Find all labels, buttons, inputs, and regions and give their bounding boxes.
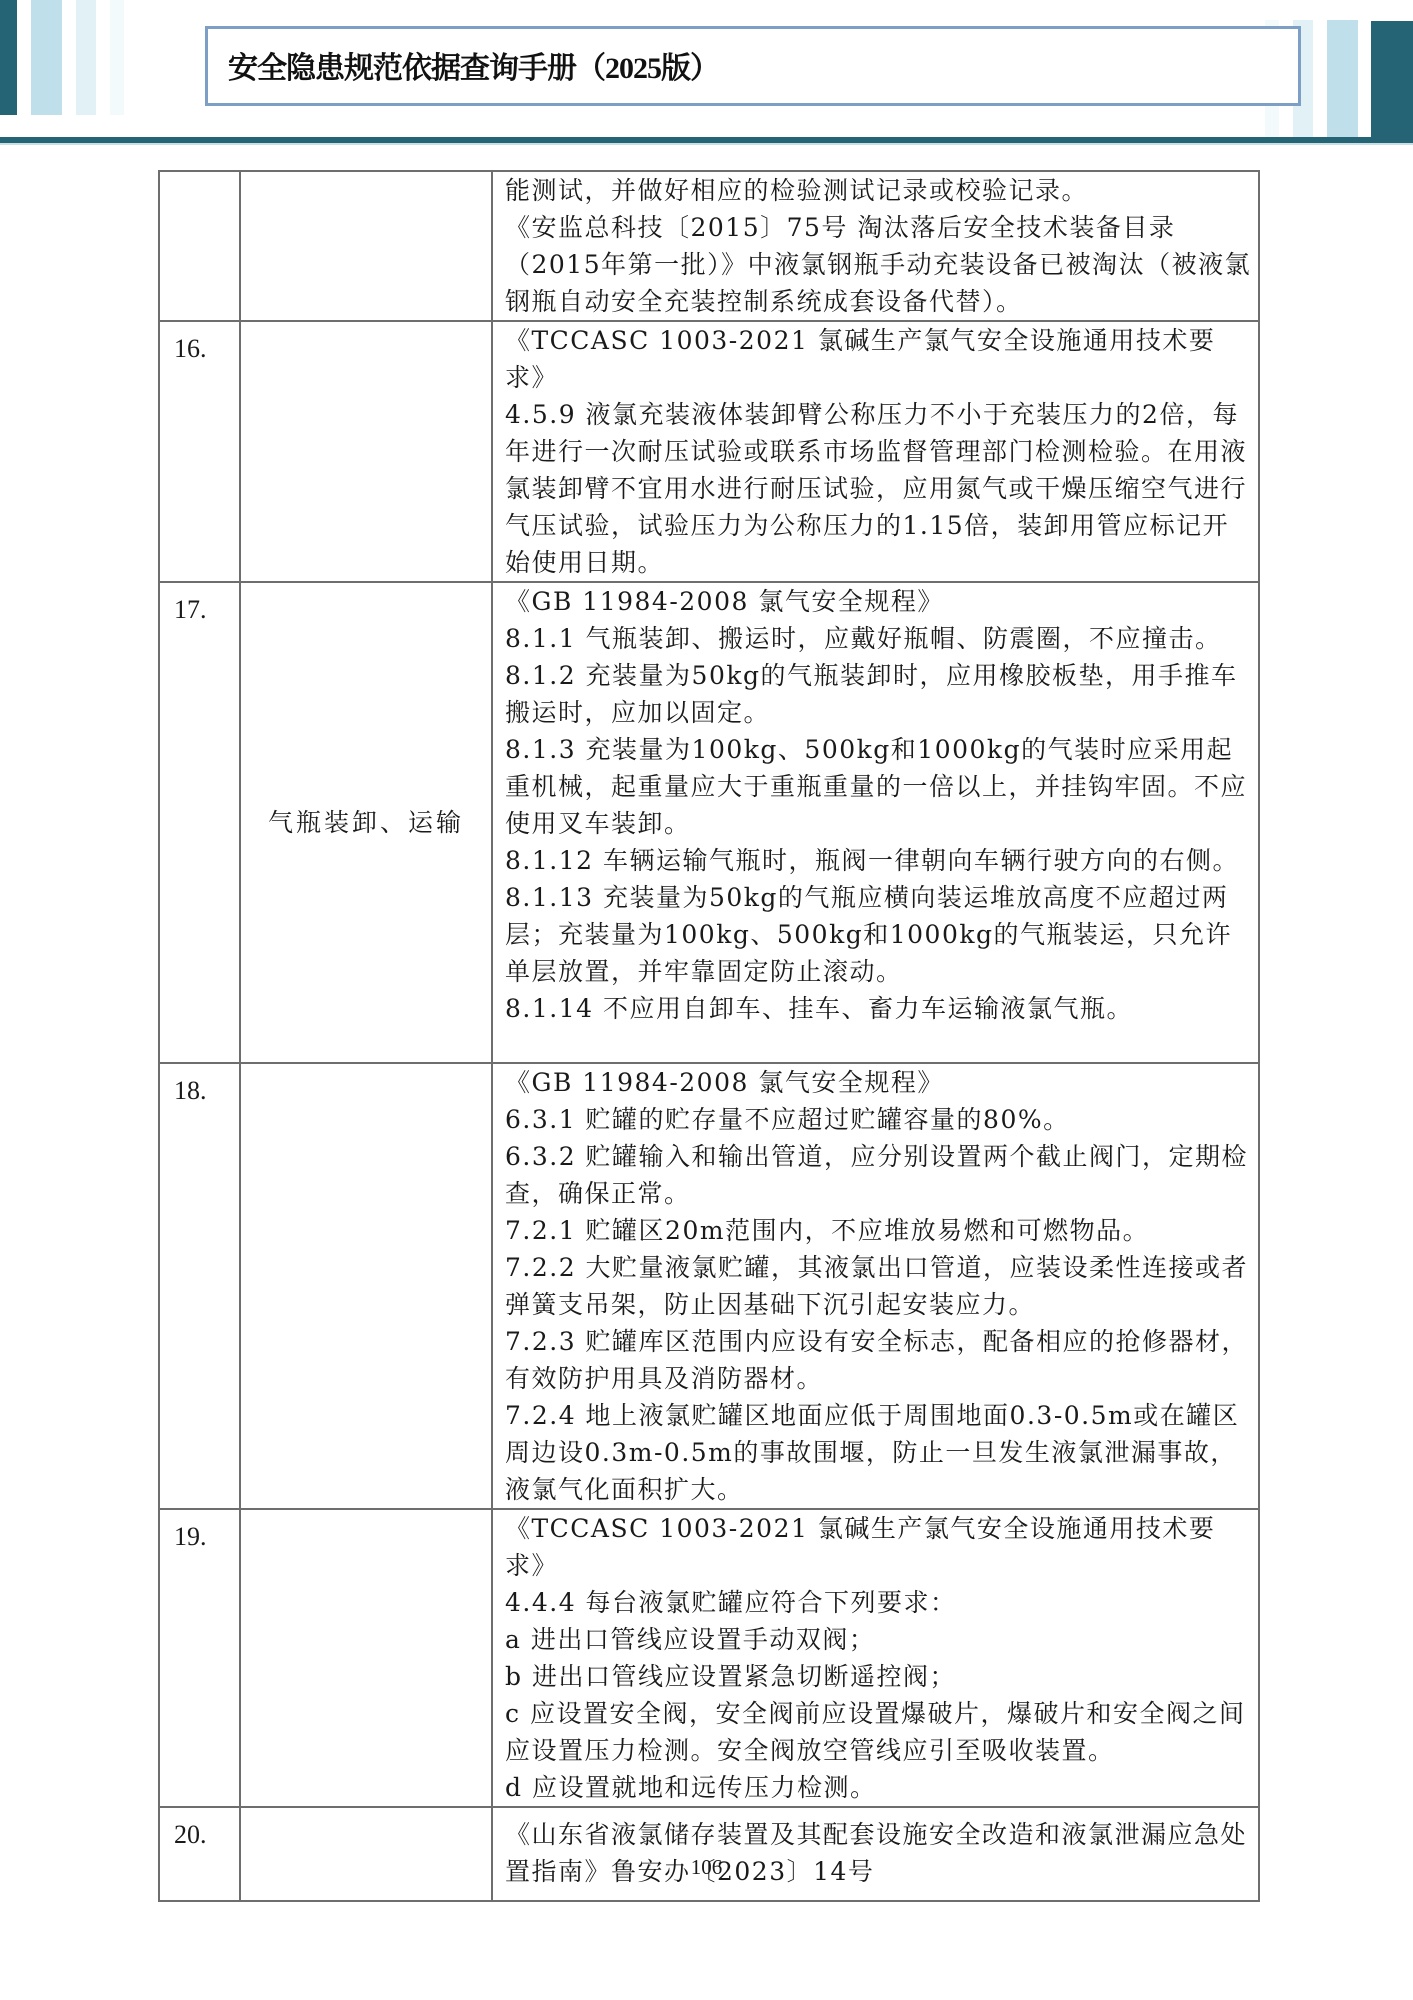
content-line: 8.1.2 充装量为50kg的气瓶装卸时，应用橡胶板垫，用手推车搬运时，应加以固… [505, 657, 1252, 731]
right-stripe-dark [1371, 21, 1413, 143]
content-line: 《TCCASC 1003-2021 氯碱生产氯气安全设施通用技术要求》 [505, 322, 1252, 396]
content-cell: 《TCCASC 1003-2021 氯碱生产氯气安全设施通用技术要求》 4.4.… [492, 1509, 1259, 1807]
left-stripe-lighter [76, 0, 96, 115]
content-line: 7.2.2 大贮量液氯贮罐，其液氯出口管道，应装设柔性连接或者弹簧支吊架，防止因… [505, 1249, 1252, 1323]
content-line: 7.2.4 地上液氯贮罐区地面应低于周围地面0.3-0.5m或在罐区周边设0.3… [505, 1397, 1252, 1508]
category-cell [240, 1509, 492, 1807]
content-line: 7.2.1 贮罐区20m范围内，不应堆放易燃和可燃物品。 [505, 1212, 1252, 1249]
category-cell: 气瓶装卸、运输 [240, 582, 492, 1063]
category-cell [240, 1807, 492, 1901]
row-number [174, 172, 239, 180]
row-number-cell: 19. [159, 1509, 240, 1807]
content-cell: 《TCCASC 1003-2021 氯碱生产氯气安全设施通用技术要求》 4.5.… [492, 321, 1259, 582]
left-stripe-faint [110, 0, 124, 115]
category-cell [240, 171, 492, 321]
table-row: 19. 《TCCASC 1003-2021 氯碱生产氯气安全设施通用技术要求》 … [159, 1509, 1259, 1807]
left-stripe-dark [0, 0, 17, 115]
content-line: 《安监总科技〔2015〕75号 淘汰落后安全技术装备目录（2015年第一批）》中… [505, 209, 1252, 320]
category-cell [240, 1063, 492, 1509]
content-line: c 应设置安全阀，安全阀前应设置爆破片，爆破片和安全阀之间应设置压力检测。安全阀… [505, 1695, 1252, 1769]
content-line: 8.1.1 气瓶装卸、搬运时，应戴好瓶帽、防震圈，不应撞击。 [505, 620, 1252, 657]
regulation-table: 能测试，并做好相应的检验测试记录或校验记录。 《安监总科技〔2015〕75号 淘… [158, 170, 1260, 1902]
table-row: 20. 《山东省液氯储存装置及其配套设施安全改造和液氯泄漏应急处置指南》鲁安办〔… [159, 1807, 1259, 1901]
content-line: d 应设置就地和远传压力检测。 [505, 1769, 1252, 1806]
header-rule-thin [0, 143, 1413, 145]
content-line: b 进出口管线应设置紧急切断遥控阀； [505, 1658, 1252, 1695]
content-cell: 能测试，并做好相应的检验测试记录或校验记录。 《安监总科技〔2015〕75号 淘… [492, 171, 1259, 321]
table-row: 18. 《GB 11984-2008 氯气安全规程》 6.3.1 贮罐的贮存量不… [159, 1063, 1259, 1509]
table-row: 17. 气瓶装卸、运输 《GB 11984-2008 氯气安全规程》 8.1.1… [159, 582, 1259, 1063]
row-number: 16. [174, 322, 239, 367]
content-line: 4.4.4 每台液氯贮罐应符合下列要求： [505, 1584, 1252, 1621]
content-line: 《TCCASC 1003-2021 氯碱生产氯气安全设施通用技术要求》 [505, 1510, 1252, 1584]
left-stripe-light [31, 0, 62, 115]
title-box: 安全隐患规范依据查询手册（2025版） [205, 26, 1301, 106]
table-row: 能测试，并做好相应的检验测试记录或校验记录。 《安监总科技〔2015〕75号 淘… [159, 171, 1259, 321]
content-cell: 《GB 11984-2008 氯气安全规程》 6.3.1 贮罐的贮存量不应超过贮… [492, 1063, 1259, 1509]
category-cell [240, 321, 492, 582]
page-number: 106 [0, 1855, 1413, 1880]
content-line: 7.2.3 贮罐库区范围内应设有安全标志，配备相应的抢修器材，有效防护用具及消防… [505, 1323, 1252, 1397]
row-number-cell: 17. [159, 582, 240, 1063]
row-number: 20. [174, 1808, 239, 1853]
content-cell: 《山东省液氯储存装置及其配套设施安全改造和液氯泄漏应急处置指南》鲁安办〔2023… [492, 1807, 1259, 1901]
content-line: 6.3.2 贮罐输入和输出管道，应分别设置两个截止阀门，定期检查，确保正常。 [505, 1138, 1252, 1212]
content-line: 6.3.1 贮罐的贮存量不应超过贮罐容量的80%。 [505, 1101, 1252, 1138]
row-number: 18. [174, 1064, 239, 1109]
page-title: 安全隐患规范依据查询手册（2025版） [228, 43, 719, 87]
content-line: 《GB 11984-2008 氯气安全规程》 [505, 583, 1252, 620]
category-label: 气瓶装卸、运输 [268, 808, 464, 837]
row-number-cell [159, 171, 240, 321]
content-line: 8.1.14 不应用自卸车、挂车、畜力车运输液氯气瓶。 [505, 990, 1252, 1027]
content-line: 4.5.9 液氯充装液体装卸臂公称压力不小于充装压力的2倍，每年进行一次耐压试验… [505, 396, 1252, 581]
content-line: 8.1.13 充装量为50kg的气瓶应横向装运堆放高度不应超过两层；充装量为10… [505, 879, 1252, 990]
right-stripe-light [1327, 20, 1358, 137]
content-cell: 《GB 11984-2008 氯气安全规程》 8.1.1 气瓶装卸、搬运时，应戴… [492, 582, 1259, 1063]
content-line: 8.1.3 充装量为100kg、500kg和1000kg的气装时应采用起重机械，… [505, 731, 1252, 842]
row-number-cell: 18. [159, 1063, 240, 1509]
row-number-cell: 20. [159, 1807, 240, 1901]
content-line: a 进出口管线应设置手动双阀； [505, 1621, 1252, 1658]
table-row: 16. 《TCCASC 1003-2021 氯碱生产氯气安全设施通用技术要求》 … [159, 321, 1259, 582]
content-line: 8.1.12 车辆运输气瓶时，瓶阀一律朝向车辆行驶方向的右侧。 [505, 842, 1252, 879]
content-line: 能测试，并做好相应的检验测试记录或校验记录。 [505, 172, 1252, 209]
row-number-cell: 16. [159, 321, 240, 582]
row-number: 17. [174, 583, 239, 628]
content-line: 《GB 11984-2008 氯气安全规程》 [505, 1064, 1252, 1101]
row-number: 19. [174, 1510, 239, 1555]
